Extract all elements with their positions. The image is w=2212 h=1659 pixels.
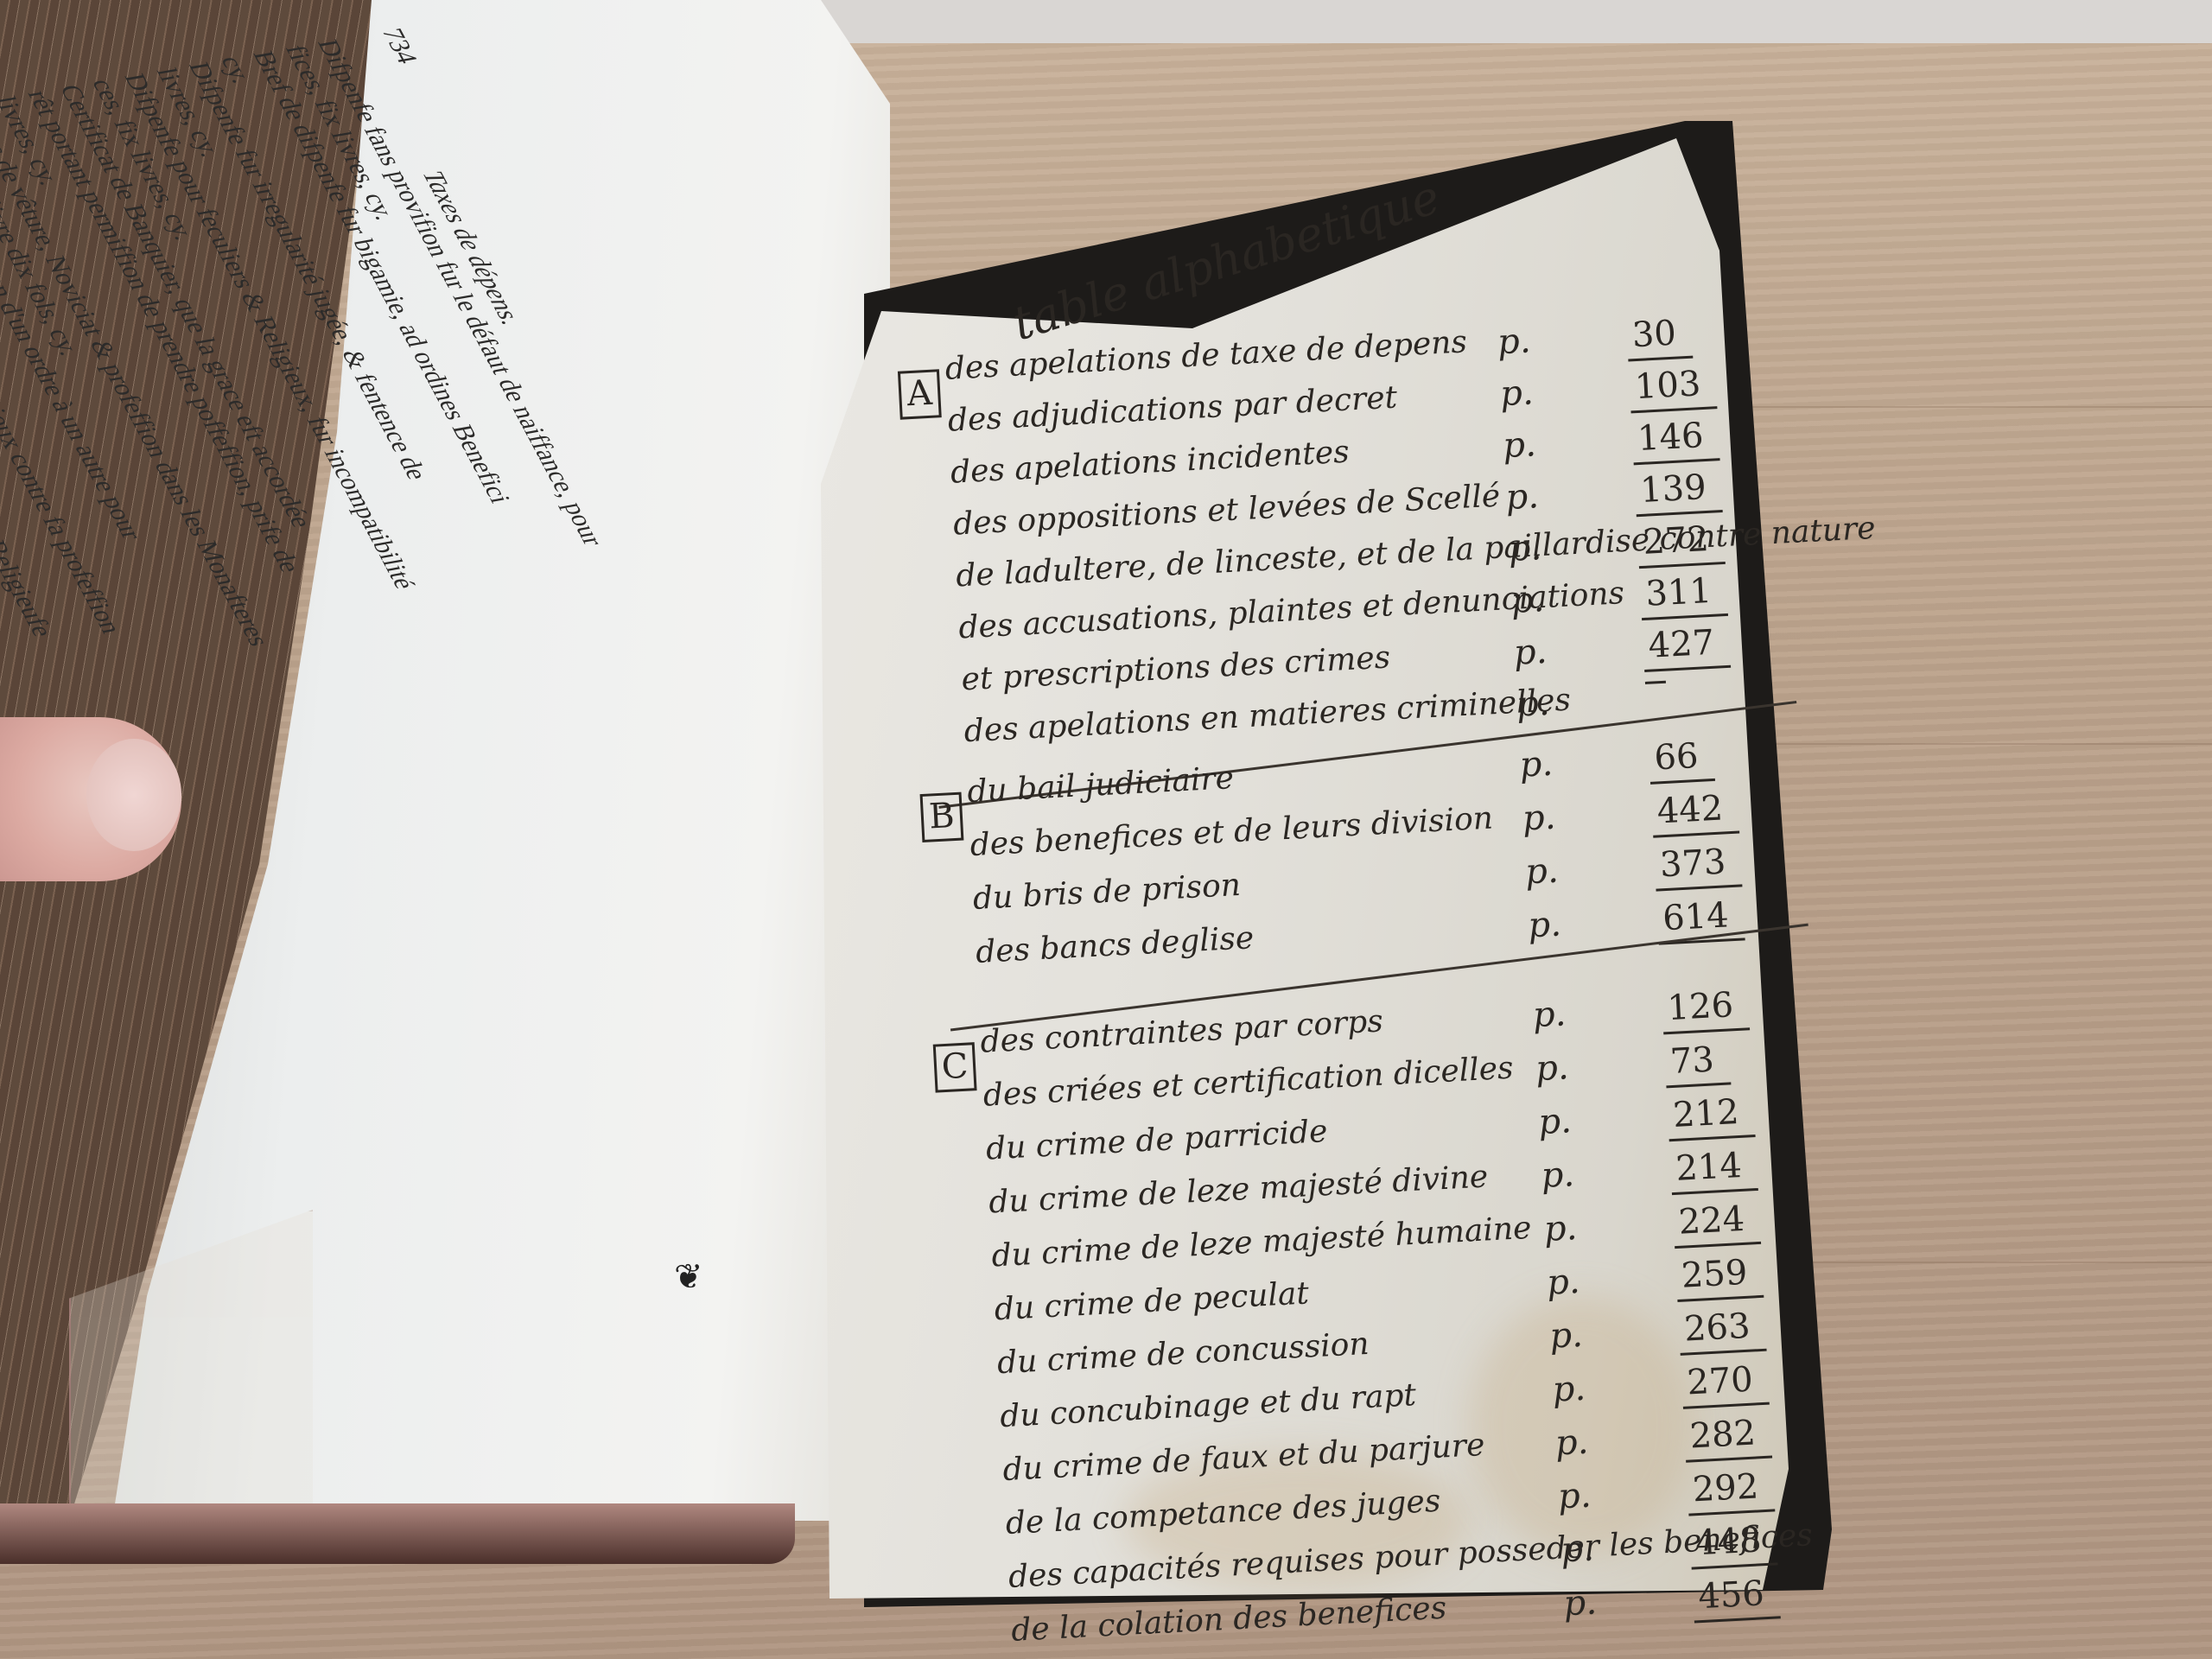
page-abbrev: p. xyxy=(1524,851,1560,893)
page-abbrev: p. xyxy=(1502,424,1537,466)
entry-page-number: 103 xyxy=(1629,363,1718,413)
printers-ornament-icon: ❦ xyxy=(674,1257,703,1297)
page-abbrev: p. xyxy=(1554,1422,1590,1464)
page-abbrev: p. xyxy=(1535,1047,1570,1089)
book-bottom-edge xyxy=(0,1503,795,1564)
entry-page-number: 442 xyxy=(1651,788,1740,838)
page-abbrev: p. xyxy=(1543,1208,1579,1249)
entry-page-number: 427 xyxy=(1643,622,1732,672)
page-abbrev: p. xyxy=(1532,994,1567,1035)
entry-page-number: 146 xyxy=(1631,415,1720,465)
thumbnail xyxy=(86,739,181,851)
entry-page-number: 259 xyxy=(1675,1252,1764,1302)
page-abbrev: p. xyxy=(1527,904,1562,945)
entry-page-number: 311 xyxy=(1639,570,1728,620)
entry-page-number: 30 xyxy=(1626,313,1694,362)
entry-label: du bail judiciaire xyxy=(966,760,1234,810)
section-letter-b: B xyxy=(920,792,964,842)
page-abbrev: p. xyxy=(1497,321,1532,362)
entry-page-number: 263 xyxy=(1678,1306,1767,1356)
section-letter-a: A xyxy=(898,369,942,419)
entry-page-number: 373 xyxy=(1654,841,1743,891)
page-abbrev: p. xyxy=(1560,1529,1595,1570)
page-abbrev: p. xyxy=(1516,683,1551,725)
page-abbrev: p. xyxy=(1507,528,1542,569)
page-abbrev: p. xyxy=(1557,1476,1592,1517)
page-abbrev: p. xyxy=(1519,744,1554,785)
entry-page-number: 292 xyxy=(1687,1465,1776,1516)
entry-label: des contraintes par corps xyxy=(980,1003,1384,1059)
handwritten-index: table alphabetique Ades apelations de ta… xyxy=(890,177,1868,1605)
page-abbrev: p. xyxy=(1551,1369,1586,1410)
page-abbrev: p. xyxy=(1548,1315,1584,1357)
entry-page-number: 126 xyxy=(1662,984,1751,1034)
background-wall xyxy=(709,0,2212,43)
entry-page-number: 270 xyxy=(1681,1359,1770,1409)
entry-page-number: 456 xyxy=(1692,1573,1781,1623)
section-letter-c: C xyxy=(933,1042,977,1092)
page-abbrev: p. xyxy=(1546,1262,1581,1303)
entry-page-number xyxy=(1645,677,1666,684)
page-abbrev: p. xyxy=(1504,476,1540,518)
page-abbrev: p. xyxy=(1499,372,1535,414)
entry-page-number: 73 xyxy=(1664,1039,1732,1088)
page-abbrev: p. xyxy=(1562,1582,1598,1624)
entry-page-number: 272 xyxy=(1637,518,1726,569)
page-abbrev: p. xyxy=(1537,1101,1573,1142)
entry-page-number: 282 xyxy=(1683,1413,1772,1463)
entry-page-number: 66 xyxy=(1648,735,1715,785)
entry-page-number: 448 xyxy=(1689,1519,1778,1569)
page-abbrev: p. xyxy=(1513,632,1548,673)
entry-page-number: 139 xyxy=(1634,467,1723,517)
page-abbrev: p. xyxy=(1510,580,1546,621)
entry-page-number: 214 xyxy=(1669,1145,1758,1195)
page-abbrev: p. xyxy=(1522,798,1557,839)
entry-page-number: 212 xyxy=(1667,1091,1756,1141)
entry-page-number: 224 xyxy=(1672,1198,1761,1249)
page-abbrev: p. xyxy=(1540,1154,1575,1196)
